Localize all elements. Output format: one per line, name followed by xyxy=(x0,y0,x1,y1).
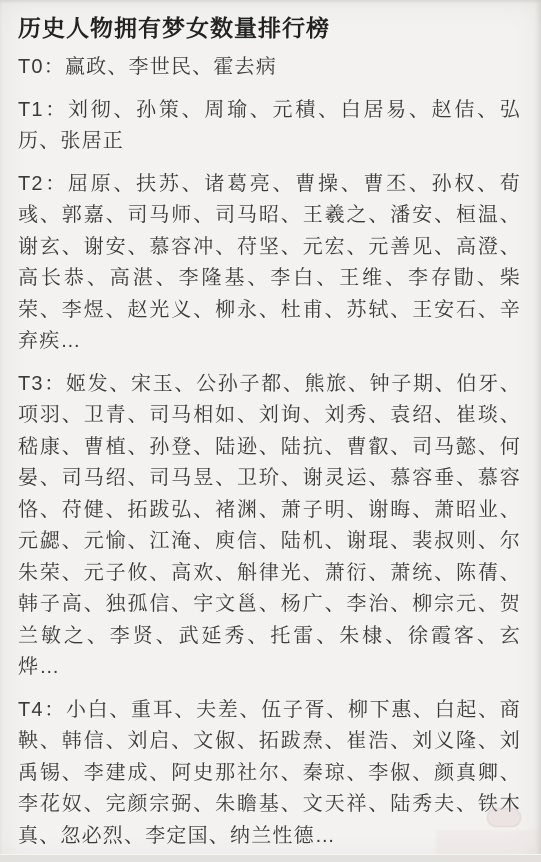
footer-corner-tint xyxy=(436,830,541,856)
tier-names-t2: 屈原、扶苏、诸葛亮、曹操、曹丕、孙权、荀彧、郭嘉、司马师、司马昭、王羲之、潘安、… xyxy=(18,173,521,353)
tier-row-t1: T1：刘彻、孙策、周瑜、元積、白居易、赵佶、弘历、张居正 xyxy=(18,95,521,158)
footer-band xyxy=(0,854,541,862)
tier-row-t3: T3：姬发、宋玉、公孙子都、熊旅、钟子期、伯牙、项羽、卫青、司马相如、刘询、刘秀… xyxy=(18,369,521,684)
tier-label-t1: T1： xyxy=(18,99,68,121)
tier-label-t3: T3： xyxy=(18,373,66,395)
tier-row-t4: T4：小白、重耳、夫差、伍子胥、柳下惠、白起、商鞅、韩信、刘启、文俶、拓跋焘、崔… xyxy=(18,695,521,853)
tier-row-t0: T0：赢政、李世民、霍去病 xyxy=(18,52,521,84)
list-content: 历史人物拥有梦女数量排行榜 T0：赢政、李世民、霍去病 T1：刘彻、孙策、周瑜、… xyxy=(0,0,541,852)
tier-row-t2: T2：屈原、扶苏、诸葛亮、曹操、曹丕、孙权、荀彧、郭嘉、司马师、司马昭、王羲之、… xyxy=(18,169,521,358)
tier-names-t1: 刘彻、孙策、周瑜、元積、白居易、赵佶、弘历、张居正 xyxy=(18,99,521,153)
page-title: 历史人物拥有梦女数量排行榜 xyxy=(18,13,521,43)
faint-stamp-icon xyxy=(487,808,521,827)
tier-label-t4: T4： xyxy=(18,699,66,721)
tier-label-t2: T2： xyxy=(18,173,68,195)
tier-label-t0: T0： xyxy=(18,56,65,78)
meme-list-page: 历史人物拥有梦女数量排行榜 T0：赢政、李世民、霍去病 T1：刘彻、孙策、周瑜、… xyxy=(0,0,541,862)
tier-names-t3: 姬发、宋玉、公孙子都、熊旅、钟子期、伯牙、项羽、卫青、司马相如、刘询、刘秀、袁绍… xyxy=(18,373,521,679)
tier-names-t0: 赢政、李世民、霍去病 xyxy=(65,56,277,78)
tier-names-t4: 小白、重耳、夫差、伍子胥、柳下惠、白起、商鞅、韩信、刘启、文俶、拓跋焘、崔浩、刘… xyxy=(18,699,521,847)
